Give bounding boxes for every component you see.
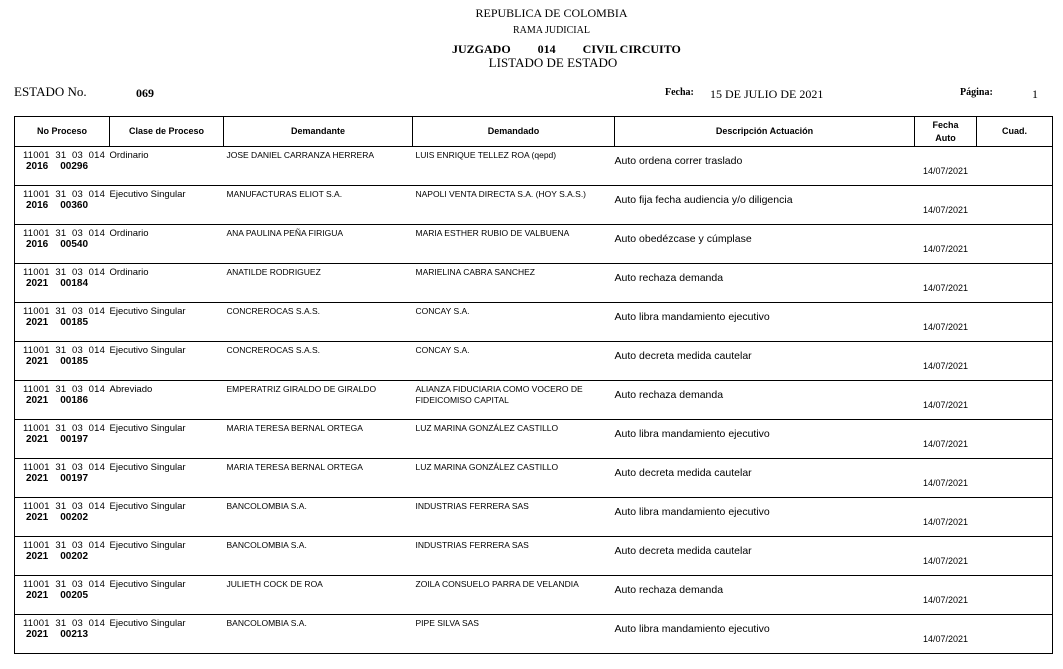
cell-descripcion: Auto rechaza demanda (615, 381, 915, 420)
table-row: 11001 31 03 014 201600296 Ordinario JOSE… (15, 147, 1053, 186)
branch-heading: RAMA JUDICIAL (0, 25, 1063, 36)
cell-demandante: BANCOLOMBIA S.A. (224, 498, 413, 537)
process-number: 00213 (60, 629, 88, 640)
table-row: 11001 31 03 014 202100202 Ejecutivo Sing… (15, 498, 1053, 537)
cell-fecha-auto: 14/07/2021 (915, 498, 977, 537)
process-code: 11001 31 03 014 (23, 540, 110, 551)
cell-clase: Ejecutivo Singular (110, 186, 224, 225)
cell-clase: Ejecutivo Singular (110, 615, 224, 654)
cell-clase: Ordinario (110, 225, 224, 264)
cell-demandante: MARIA TERESA BERNAL ORTEGA (224, 459, 413, 498)
cell-descripcion: Auto decreta medida cautelar (615, 459, 915, 498)
estado-label: ESTADO No. (14, 84, 87, 100)
cell-cuad (977, 381, 1053, 420)
cell-clase: Ejecutivo Singular (110, 420, 224, 459)
process-number: 00202 (60, 551, 88, 562)
table-header-row: No Proceso Clase de Proceso Demandante D… (15, 117, 1053, 147)
col-header-clase: Clase de Proceso (110, 117, 224, 147)
cell-descripcion: Auto libra mandamiento ejecutivo (615, 615, 915, 654)
cell-descripcion: Auto libra mandamiento ejecutivo (615, 498, 915, 537)
cell-fecha-auto: 14/07/2021 (915, 420, 977, 459)
cell-demandante: EMPERATRIZ GIRALDO DE GIRALDO (224, 381, 413, 420)
process-number: 00186 (60, 395, 88, 406)
process-code: 11001 31 03 014 (23, 267, 110, 278)
fecha-auto-line2: Auto (917, 132, 974, 145)
cell-demandado: PIPE SILVA SAS (413, 615, 615, 654)
estado-number: 069 (136, 86, 154, 101)
table-row: 11001 31 03 014 201600540 Ordinario ANA … (15, 225, 1053, 264)
cell-clase: Ejecutivo Singular (110, 537, 224, 576)
table-row: 11001 31 03 014 202100205 Ejecutivo Sing… (15, 576, 1053, 615)
process-code: 11001 31 03 014 (23, 618, 110, 629)
process-number: 00185 (60, 317, 88, 328)
cell-descripcion: Auto rechaza demanda (615, 264, 915, 303)
cell-clase: Ejecutivo Singular (110, 576, 224, 615)
col-header-no-proceso: No Proceso (15, 117, 110, 147)
cell-clase: Ordinario (110, 147, 224, 186)
cell-fecha-auto: 14/07/2021 (915, 381, 977, 420)
cell-no-proceso: 11001 31 03 014 202100202 (15, 498, 110, 537)
process-code: 11001 31 03 014 (23, 150, 110, 161)
cell-fecha-auto: 14/07/2021 (915, 615, 977, 654)
cell-fecha-auto: 14/07/2021 (915, 342, 977, 381)
cell-fecha-auto: 14/07/2021 (915, 186, 977, 225)
cell-descripcion: Auto ordena correr traslado (615, 147, 915, 186)
process-code: 11001 31 03 014 (23, 384, 110, 395)
cell-demandado: INDUSTRIAS FERRERA SAS (413, 537, 615, 576)
col-header-demandado: Demandado (413, 117, 615, 147)
table-body: 11001 31 03 014 201600296 Ordinario JOSE… (15, 147, 1053, 654)
cell-demandante: ANA PAULINA PEÑA FIRIGUA (224, 225, 413, 264)
cell-no-proceso: 11001 31 03 014 202100202 (15, 537, 110, 576)
cell-no-proceso: 11001 31 03 014 202100205 (15, 576, 110, 615)
cell-cuad (977, 498, 1053, 537)
process-year: 2021 (26, 590, 48, 601)
cell-cuad (977, 420, 1053, 459)
process-year: 2021 (26, 434, 48, 445)
process-code: 11001 31 03 014 (23, 345, 110, 356)
cell-cuad (977, 459, 1053, 498)
col-header-descripcion: Descripción Actuación (615, 117, 915, 147)
cell-cuad (977, 342, 1053, 381)
table-row: 11001 31 03 014 202100186 Abreviado EMPE… (15, 381, 1053, 420)
cell-demandado: CONCAY S.A. (413, 303, 615, 342)
cell-demandado: LUZ MARINA GONZÁLEZ CASTILLO (413, 420, 615, 459)
cell-descripcion: Auto libra mandamiento ejecutivo (615, 420, 915, 459)
process-number: 00185 (60, 356, 88, 367)
cell-demandado: NAPOLI VENTA DIRECTA S.A. (HOY S.A.S.) (413, 186, 615, 225)
cell-demandante: BANCOLOMBIA S.A. (224, 615, 413, 654)
estado-table: No Proceso Clase de Proceso Demandante D… (14, 116, 1053, 654)
process-year: 2021 (26, 551, 48, 562)
cell-descripcion: Auto rechaza demanda (615, 576, 915, 615)
cell-no-proceso: 11001 31 03 014 202100184 (15, 264, 110, 303)
cell-no-proceso: 11001 31 03 014 202100185 (15, 342, 110, 381)
process-code: 11001 31 03 014 (23, 189, 110, 200)
process-year: 2016 (26, 200, 48, 211)
cell-descripcion: Auto obedézcase y cúmplase (615, 225, 915, 264)
cell-demandado: ZOILA CONSUELO PARRA DE VELANDIA (413, 576, 615, 615)
cell-descripcion: Auto decreta medida cautelar (615, 342, 915, 381)
cell-fecha-auto: 14/07/2021 (915, 225, 977, 264)
table-row: 11001 31 03 014 202100184 Ordinario ANAT… (15, 264, 1053, 303)
col-header-cuad: Cuad. (977, 117, 1053, 147)
cell-clase: Ordinario (110, 264, 224, 303)
cell-demandante: MANUFACTURAS ELIOT S.A. (224, 186, 413, 225)
cell-cuad (977, 225, 1053, 264)
cell-demandante: MARIA TERESA BERNAL ORTEGA (224, 420, 413, 459)
cell-no-proceso: 11001 31 03 014 202100197 (15, 459, 110, 498)
process-number: 00540 (60, 239, 88, 250)
cell-fecha-auto: 14/07/2021 (915, 576, 977, 615)
pagina-value: 1 (1032, 87, 1038, 102)
fecha-auto-line1: Fecha (917, 119, 974, 132)
process-number: 00205 (60, 590, 88, 601)
process-number: 00296 (60, 161, 88, 172)
process-number: 00197 (60, 473, 88, 484)
pagina-label: Página: (960, 87, 993, 98)
cell-fecha-auto: 14/07/2021 (915, 537, 977, 576)
cell-clase: Ejecutivo Singular (110, 303, 224, 342)
cell-demandante: BANCOLOMBIA S.A. (224, 537, 413, 576)
process-number: 00184 (60, 278, 88, 289)
cell-demandado: MARIA ESTHER RUBIO DE VALBUENA (413, 225, 615, 264)
process-year: 2021 (26, 317, 48, 328)
cell-demandado: LUZ MARINA GONZÁLEZ CASTILLO (413, 459, 615, 498)
cell-cuad (977, 264, 1053, 303)
cell-fecha-auto: 14/07/2021 (915, 303, 977, 342)
cell-descripcion: Auto decreta medida cautelar (615, 537, 915, 576)
document-title: LISTADO DE ESTADO (0, 55, 1063, 71)
cell-no-proceso: 11001 31 03 014 202100185 (15, 303, 110, 342)
cell-no-proceso: 11001 31 03 014 202100186 (15, 381, 110, 420)
cell-clase: Ejecutivo Singular (110, 459, 224, 498)
table-row: 11001 31 03 014 202100185 Ejecutivo Sing… (15, 303, 1053, 342)
process-code: 11001 31 03 014 (23, 579, 110, 590)
cell-clase: Ejecutivo Singular (110, 342, 224, 381)
table-row: 11001 31 03 014 202100185 Ejecutivo Sing… (15, 342, 1053, 381)
cell-cuad (977, 147, 1053, 186)
process-year: 2016 (26, 239, 48, 250)
cell-demandante: JULIETH COCK DE ROA (224, 576, 413, 615)
process-number: 00202 (60, 512, 88, 523)
process-code: 11001 31 03 014 (23, 306, 110, 317)
process-year: 2016 (26, 161, 48, 172)
table-row: 11001 31 03 014 202100197 Ejecutivo Sing… (15, 459, 1053, 498)
process-year: 2021 (26, 356, 48, 367)
cell-no-proceso: 11001 31 03 014 202100197 (15, 420, 110, 459)
fecha-value: 15 DE JULIO DE 2021 (710, 87, 823, 102)
cell-demandado: LUIS ENRIQUE TELLEZ ROA (qepd) (413, 147, 615, 186)
cell-cuad (977, 615, 1053, 654)
cell-cuad (977, 186, 1053, 225)
process-number: 00197 (60, 434, 88, 445)
table-row: 11001 31 03 014 202100213 Ejecutivo Sing… (15, 615, 1053, 654)
cell-demandado: MARIELINA CABRA SANCHEZ (413, 264, 615, 303)
cell-demandado: ALIANZA FIDUCIARIA COMO VOCERO DE FIDEIC… (413, 381, 615, 420)
cell-demandante: JOSE DANIEL CARRANZA HERRERA (224, 147, 413, 186)
process-year: 2021 (26, 629, 48, 640)
cell-fecha-auto: 14/07/2021 (915, 264, 977, 303)
republic-heading: REPUBLICA DE COLOMBIA (0, 6, 1063, 21)
cell-demandante: ANATILDE RODRIGUEZ (224, 264, 413, 303)
process-year: 2021 (26, 395, 48, 406)
cell-clase: Abreviado (110, 381, 224, 420)
table-row: 11001 31 03 014 202100197 Ejecutivo Sing… (15, 420, 1053, 459)
cell-fecha-auto: 14/07/2021 (915, 147, 977, 186)
cell-fecha-auto: 14/07/2021 (915, 459, 977, 498)
cell-no-proceso: 11001 31 03 014 201600360 (15, 186, 110, 225)
cell-demandado: CONCAY S.A. (413, 342, 615, 381)
process-year: 2021 (26, 278, 48, 289)
col-header-fecha-auto: Fecha Auto (915, 117, 977, 147)
cell-cuad (977, 576, 1053, 615)
cell-demandado: INDUSTRIAS FERRERA SAS (413, 498, 615, 537)
cell-no-proceso: 11001 31 03 014 201600296 (15, 147, 110, 186)
cell-descripcion: Auto fija fecha audiencia y/o diligencia (615, 186, 915, 225)
process-code: 11001 31 03 014 (23, 501, 110, 512)
table-row: 11001 31 03 014 202100202 Ejecutivo Sing… (15, 537, 1053, 576)
cell-cuad (977, 303, 1053, 342)
fecha-label: Fecha: (665, 87, 694, 98)
cell-demandante: CONCREROCAS S.A.S. (224, 303, 413, 342)
process-year: 2021 (26, 512, 48, 523)
process-year: 2021 (26, 473, 48, 484)
cell-clase: Ejecutivo Singular (110, 498, 224, 537)
process-code: 11001 31 03 014 (23, 423, 110, 434)
cell-demandante: CONCREROCAS S.A.S. (224, 342, 413, 381)
cell-no-proceso: 11001 31 03 014 202100213 (15, 615, 110, 654)
table-row: 11001 31 03 014 201600360 Ejecutivo Sing… (15, 186, 1053, 225)
cell-no-proceso: 11001 31 03 014 201600540 (15, 225, 110, 264)
cell-descripcion: Auto libra mandamiento ejecutivo (615, 303, 915, 342)
process-code: 11001 31 03 014 (23, 462, 110, 473)
cell-cuad (977, 537, 1053, 576)
col-header-demandante: Demandante (224, 117, 413, 147)
process-code: 11001 31 03 014 (23, 228, 110, 239)
process-number: 00360 (60, 200, 88, 211)
